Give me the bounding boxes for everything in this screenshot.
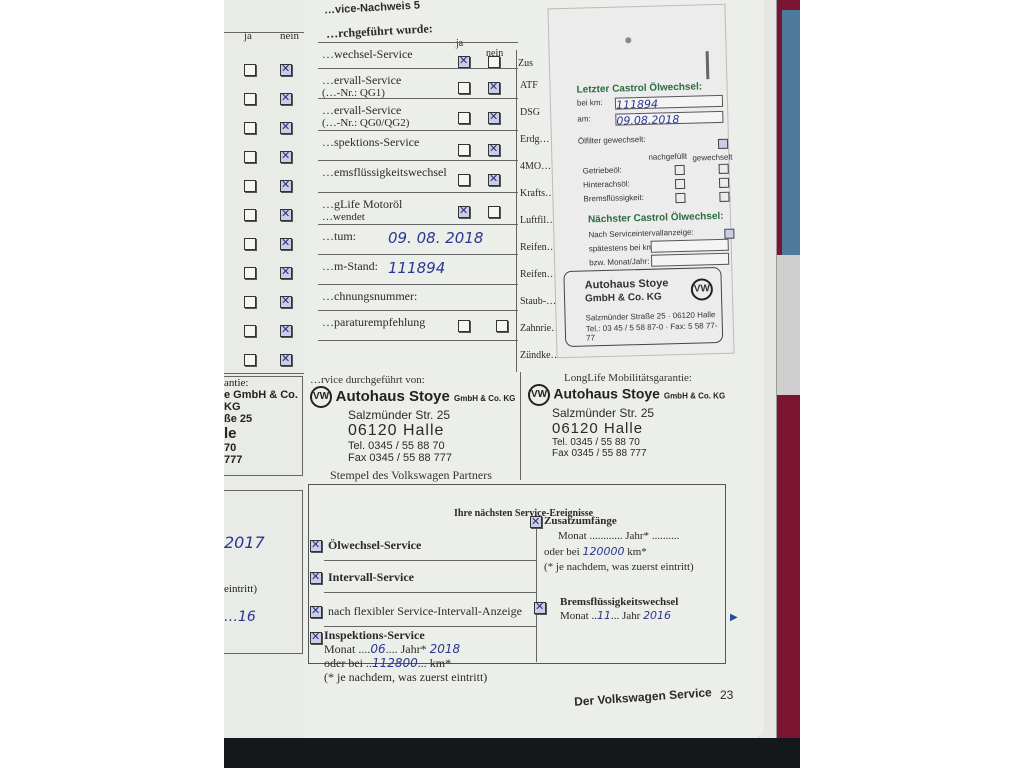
inspection-year: 2018 [430, 642, 461, 656]
stamp-divider [520, 372, 521, 480]
page-number: 23 [720, 688, 733, 702]
month-label: Monat [324, 642, 355, 656]
checkbox-nein[interactable] [488, 56, 500, 68]
checkbox-nein[interactable] [280, 325, 292, 337]
checkbox-nein[interactable] [280, 180, 292, 192]
km-label: bei km: [577, 98, 603, 108]
checkbox-nein[interactable] [280, 354, 292, 366]
brake-fluid-checkbox[interactable] [534, 602, 546, 614]
service-label: …spektions-Service [322, 135, 419, 150]
checkbox-nein[interactable] [280, 64, 292, 76]
field-label: …tum: [322, 229, 356, 244]
photo-shadow [224, 738, 800, 768]
stamp-city: 06120 Halle [552, 420, 728, 437]
brake-fluid-block: Bremsflüssigkeitswechsel Monat ..11... J… [560, 596, 678, 623]
form-field-row: …paraturempfehlung [318, 310, 518, 339]
last-oil-change-title: Letzter Castrol Ölwechsel: [576, 81, 702, 95]
stamp-caption: antie: [224, 377, 302, 389]
checkbox-ja[interactable] [244, 354, 256, 366]
hang-hole-icon [625, 37, 631, 43]
checkbox-ja[interactable] [244, 64, 256, 76]
repair-recommendation-ja[interactable] [458, 320, 470, 332]
service-label: …emsflüssigkeitswechsel [322, 165, 447, 180]
year-label: Jahr* [625, 530, 649, 542]
col-nein-label: nein [280, 30, 299, 42]
left-stamp-fragment: antie: e GmbH & Co. KG ße 25 le 70 777 [224, 376, 303, 476]
checkbox-nein[interactable] [280, 122, 292, 134]
service-booklet-photo: ja nein antie: e GmbH & Co. KG ße 25 le … [224, 0, 800, 768]
fluid-label: Bremsflüssigkeit: [583, 193, 644, 204]
inspection-checkbox[interactable] [310, 632, 322, 644]
next-oil-change-title: Nächster Castrol Ölwechsel: [588, 211, 724, 226]
checkbox-ja[interactable] [244, 151, 256, 163]
checkbox-ja[interactable] [244, 325, 256, 337]
col-refilled-label: nachgefüllt [648, 152, 687, 162]
latest-km-field[interactable] [651, 239, 729, 253]
inspection-label: Inspektions-Service [324, 628, 425, 642]
service-label: …gLife Motoröl [322, 197, 402, 212]
year-label: Jahr [622, 610, 640, 622]
handwritten-year-2: …16 [224, 609, 256, 625]
stamp-name-suffix: GmbH & Co. KG [664, 392, 725, 401]
stamp-street: Salzmünder Str. 25 [348, 408, 520, 422]
field-label: …paraturempfehlung [322, 315, 425, 330]
stamp-street: ße 25 [224, 413, 302, 425]
stamp-tel: Tel. 0345 / 55 88 70 [552, 437, 728, 448]
checkbox-nein[interactable] [488, 206, 500, 218]
checkbox-ja[interactable] [244, 93, 256, 105]
checkbox-nein[interactable] [280, 93, 292, 105]
year-label: Jahr* [401, 642, 427, 656]
km-prefix: oder bei [544, 546, 580, 558]
service-sublabel: …wendet [322, 211, 365, 223]
next-service-checkbox[interactable] [310, 540, 322, 552]
additional-scope-block: Zusatzumfänge Monat ............ Jahr* .… [544, 514, 724, 575]
booklet-cover-blue [782, 10, 800, 260]
fluid-refilled-checkbox[interactable] [675, 165, 685, 175]
dealer-name-2: GmbH & Co. KG [585, 291, 662, 304]
next-divider [536, 518, 537, 662]
last-change-km-field[interactable]: 111894 [615, 95, 723, 110]
additional-item-label: Luftfil… [520, 215, 556, 226]
additional-item-label: DSG [520, 107, 540, 118]
col-ja-label: ja [244, 30, 252, 42]
fluid-label: Hinterachsöl: [583, 179, 630, 189]
service-sublabel: (…-Nr.: QG0/QG2) [322, 117, 409, 129]
additional-item-label: Reifen… [520, 269, 557, 280]
additional-item-label: Staub-… [520, 296, 556, 307]
last-change-date-field[interactable]: 09.08.2018 [615, 111, 723, 126]
additional-item-label: ATF [520, 80, 538, 91]
checkbox-nein[interactable] [488, 174, 500, 186]
inspection-month: 06 [370, 642, 385, 656]
date-label: am: [577, 114, 591, 123]
checkbox-ja[interactable] [458, 82, 470, 94]
next-service-checkbox[interactable] [310, 606, 322, 618]
checkbox-nein[interactable] [280, 267, 292, 279]
checkbox-ja[interactable] [244, 238, 256, 250]
stamp-name: Autohaus Stoye [553, 386, 660, 402]
field-value[interactable]: 111894 [388, 259, 445, 277]
dealer-stamp-longlife: LongLife Mobilitätsgarantie: VW Autohaus… [528, 372, 728, 459]
oil-filter-label: Ölfilter gewechselt: [578, 135, 646, 146]
service-label: …wechsel-Service [322, 47, 413, 62]
col-zusatz-label: Zus [518, 58, 533, 69]
brake-fluid-label: Bremsflüssigkeitswechsel [560, 596, 678, 608]
additional-scope-checkbox[interactable] [530, 516, 542, 528]
inspection-note: (* je nachdem, was zuerst eintritt) [324, 670, 487, 684]
left-checkbox-table [224, 32, 305, 374]
vw-logo-icon: VW [528, 384, 550, 406]
left-page: ja nein antie: e GmbH & Co. KG ße 25 le … [224, 0, 304, 768]
latest-km-label: spätestens bei km: [589, 243, 656, 254]
handwritten-year: 2017 [224, 533, 265, 552]
service-label: …ervall-Service [322, 103, 401, 118]
field-label: …m-Stand: [322, 259, 378, 274]
checkbox-ja[interactable] [458, 144, 470, 156]
checkbox-ja[interactable] [458, 56, 470, 68]
checkbox-ja[interactable] [244, 122, 256, 134]
stamp-fax: Fax 0345 / 55 88 777 [552, 448, 728, 459]
checkbox-nein[interactable] [280, 238, 292, 250]
fluid-changed-checkbox[interactable] [719, 192, 729, 202]
checkbox-ja[interactable] [244, 296, 256, 308]
month-label: Monat [560, 610, 589, 622]
hang-slot-icon [706, 51, 710, 79]
month-year-label: bzw. Monat/Jahr: [589, 257, 650, 268]
km-prefix: oder bei [324, 656, 363, 670]
dealer-name: Autohaus Stoye [585, 277, 669, 291]
col-changed-label: gewechselt [692, 153, 732, 163]
brake-fluid-year: 2016 [643, 609, 671, 622]
brake-fluid-month: 11 [597, 609, 611, 622]
castrol-oil-change-tag: Letzter Castrol Ölwechsel: bei km: 11189… [547, 4, 734, 359]
stamp-city: 06120 Halle [348, 422, 520, 440]
additional-item-label: Krafts… [520, 188, 555, 199]
stamp-street: Salzmünder Str. 25 [552, 406, 728, 420]
row-divider [324, 592, 536, 593]
additional-item-label: Reifen… [520, 242, 557, 253]
form-field-row: …m-Stand:111894 [318, 254, 518, 283]
checkbox-ja[interactable] [244, 209, 256, 221]
km-unit: km* [627, 546, 647, 558]
oil-filter-checkbox[interactable] [718, 139, 728, 149]
month-year-field[interactable] [651, 253, 729, 267]
checkbox-nein[interactable] [488, 144, 500, 156]
repair-recommendation-nein[interactable] [496, 320, 508, 332]
continue-arrow-icon: ▶ [730, 612, 738, 623]
left-next-services-fragment: 2017 eintritt) …16 [224, 490, 303, 654]
additional-item-label: 4MO… [520, 161, 551, 172]
checkbox-ja[interactable] [458, 112, 470, 124]
next-service-checkbox[interactable] [310, 572, 322, 584]
interval-checkbox[interactable] [724, 229, 734, 239]
additional-item-label: Zündke… [520, 350, 561, 361]
month-label: Monat [558, 530, 587, 542]
note-text: eintritt) [224, 583, 257, 595]
stamp-name: e GmbH & Co. KG [224, 389, 302, 413]
checkbox-ja[interactable] [244, 267, 256, 279]
next-service-label: Ölwechsel-Service [328, 538, 421, 553]
next-service-label: nach flexibler Service-Intervall-Anzeige [328, 604, 522, 619]
additional-scope-label: Zusatzumfänge [544, 515, 617, 527]
inspection-service-block: Inspektions-Service Monat ....06.... Jah… [324, 628, 487, 684]
stamp-tel: Tel. 0345 / 55 88 70 [348, 440, 520, 452]
form-field-row: …chnungsnummer: [318, 284, 518, 313]
checkbox-nein[interactable] [280, 151, 292, 163]
stamp-fax: 777 [224, 454, 302, 466]
row-divider [324, 626, 536, 627]
dealer-stamp-service: …rvice durchgeführt von: VW Autohaus Sto… [310, 374, 520, 483]
stamp-city: le [224, 425, 302, 442]
field-value[interactable]: 09. 08. 2018 [388, 229, 483, 247]
row-divider [324, 560, 536, 561]
fluid-label: Getriebeöl: [583, 165, 622, 175]
stamp-name-suffix: GmbH & Co. KG [454, 394, 515, 403]
stamp-tel: 70 [224, 442, 302, 454]
fluid-refilled-checkbox[interactable] [675, 179, 685, 189]
stamp-caption: …rvice durchgeführt von: [310, 374, 520, 386]
field-label: …chnungsnummer: [322, 289, 417, 304]
km-unit: km* [430, 656, 451, 670]
service-label: …ervall-Service [322, 73, 401, 88]
checkbox-ja[interactable] [244, 180, 256, 192]
checkbox-ja[interactable] [458, 174, 470, 186]
castrol-dealer-box: Autohaus Stoye GmbH & Co. KG VW Salzmünd… [563, 267, 723, 347]
additional-item-label: Erdg… [520, 134, 549, 145]
checkbox-nein[interactable] [280, 209, 292, 221]
inspection-km: 112800 [372, 656, 418, 670]
additional-scope-km: 120000 [582, 545, 624, 558]
fluid-changed-checkbox[interactable] [719, 178, 729, 188]
checkbox-nein[interactable] [488, 82, 500, 94]
vw-logo-icon: VW [691, 278, 714, 301]
vw-logo-icon: VW [310, 386, 332, 408]
fluid-changed-checkbox[interactable] [719, 164, 729, 174]
interval-label: Nach Serviceintervallanzeige: [588, 228, 694, 240]
dealer-contact: Tel.: 03 45 / 5 58 87-0 · Fax: 5 58 77-7… [586, 321, 722, 343]
stamp-caption: LongLife Mobilitätsgarantie: [564, 372, 728, 384]
checkbox-nein[interactable] [488, 112, 500, 124]
form-field-row: …tum:09. 08. 2018 [318, 224, 518, 253]
additional-scope-note: (* je nachdem, was zuerst eintritt) [544, 561, 694, 573]
checkbox-nein[interactable] [280, 296, 292, 308]
checkbox-ja[interactable] [458, 206, 470, 218]
stamp-fax: Fax 0345 / 55 88 777 [348, 452, 520, 464]
blank-row [318, 340, 518, 371]
fluid-refilled-checkbox[interactable] [675, 193, 685, 203]
stamp-footer: Stempel des Volkswagen Partners [330, 468, 520, 483]
next-service-label: Intervall-Service [328, 570, 414, 585]
stamp-name: Autohaus Stoye [336, 388, 450, 405]
